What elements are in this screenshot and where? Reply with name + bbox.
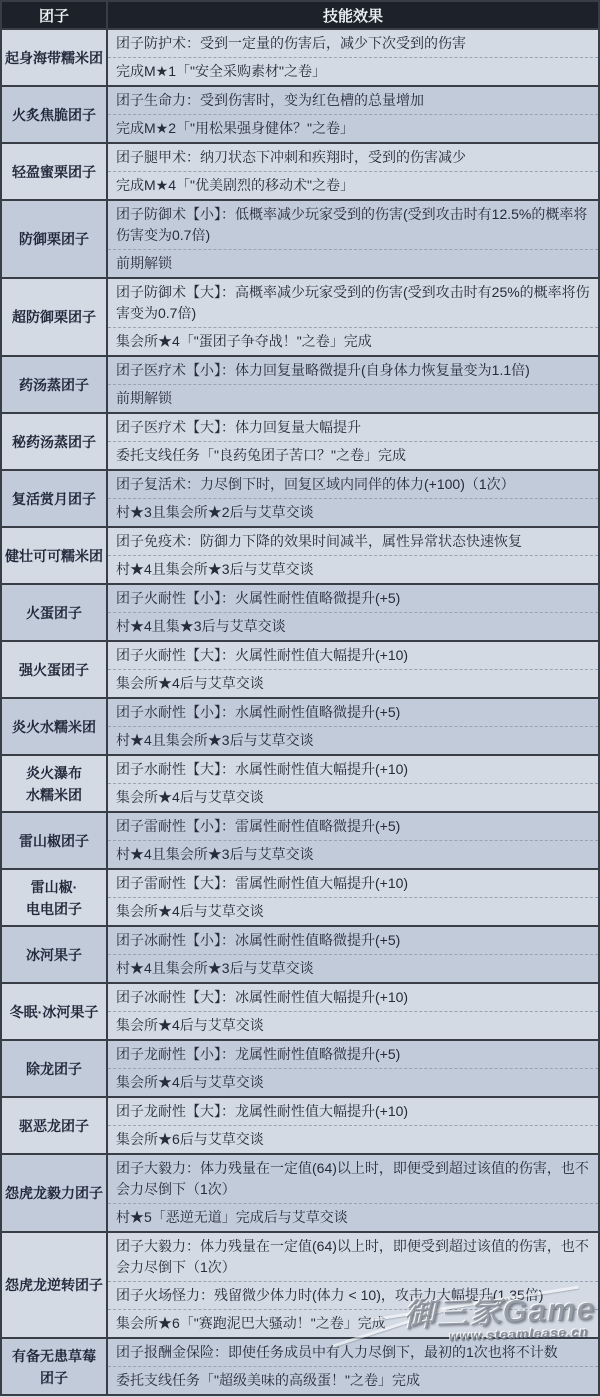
skill-effect-line: 团子免疫术：防御力下降的效果时间减半，属性异常状态快速恢复 — [108, 528, 598, 555]
dango-name: 炎火水糯米团 — [1, 698, 107, 755]
skill-effect-line: 完成M★2「"用松果强身健体？"之卷」 — [108, 114, 598, 142]
skill-effect-line: 完成M★1「"安全采购素材"之卷」 — [108, 57, 598, 85]
skill-effect-line: 团子医疗术【大】：体力回复量大幅提升 — [108, 414, 598, 441]
skill-effect-line: 团子大毅力：体力残量在一定值(64)以上时，即便受到超过该值的伤害，也不会力尽倒… — [108, 1233, 598, 1281]
skill-effect-line: 村★4且集会所★3后与艾草交谈 — [108, 840, 598, 868]
skill-effect-line: 集会所★4后与艾草交谈 — [108, 897, 598, 925]
skill-effect-line: 团子防御术【小】：低概率减少玩家受到的伤害(受到攻击时有12.5%的概率将伤害变… — [108, 201, 598, 249]
dango-name: 冬眠·冰河果子 — [1, 983, 107, 1040]
table-row: 有备无患草莓 团子团子报酬金保险：即使任务成员中有人力尽倒下，最初的1次也将不计… — [1, 1338, 599, 1395]
dango-name: 复活赏月团子 — [1, 470, 107, 527]
skill-effect-cell: 团子雷耐性【大】：雷属性耐性值大幅提升(+10)集会所★4后与艾草交谈 — [107, 869, 599, 926]
table-row: 火炙焦脆团子团子生命力：受到伤害时，变为红色槽的总量增加完成M★2「"用松果强身… — [1, 86, 599, 143]
skill-effect-cell: 团子医疗术【小】：体力回复量略微提升(自身体力恢复量变为1.1倍)前期解锁 — [107, 356, 599, 413]
header-row: 团子 技能效果 — [1, 1, 599, 29]
table-row: 轻盈蜜栗团子团子腿甲术：纳刀状态下冲刺和疾翔时，受到的伤害减少完成M★4「"优美… — [1, 143, 599, 200]
table-row: 药汤蒸团子团子医疗术【小】：体力回复量略微提升(自身体力恢复量变为1.1倍)前期… — [1, 356, 599, 413]
table-row: 冰河果子团子冰耐性【小】：冰属性耐性值略微提升(+5)村★4且集会所★3后与艾草… — [1, 926, 599, 983]
skill-effect-cell: 团子火耐性【小】：火属性耐性值略微提升(+5)村★4且集★3后与艾草交谈 — [107, 584, 599, 641]
skill-effect-cell: 团子防御术【小】：低概率减少玩家受到的伤害(受到攻击时有12.5%的概率将伤害变… — [107, 200, 599, 278]
table-row: 强火蛋团子团子火耐性【大】：火属性耐性值大幅提升(+10)集会所★4后与艾草交谈 — [1, 641, 599, 698]
skill-effect-line: 完成M★4「"优美剧烈的移动术"之卷」 — [108, 171, 598, 199]
skill-effect-cell: 团子大毅力：体力残量在一定值(64)以上时，即便受到超过该值的伤害，也不会力尽倒… — [107, 1154, 599, 1232]
skill-effect-line: 团子复活术：力尽倒下时，回复区域内同伴的体力(+100)（1次） — [108, 471, 598, 498]
skill-effect-cell: 团子防御术【大】：高概率减少玩家受到的伤害(受到攻击时有25%的概率将伤害变为0… — [107, 278, 599, 356]
dango-name: 除龙团子 — [1, 1040, 107, 1097]
dango-name: 雷山椒团子 — [1, 812, 107, 869]
skill-effect-cell: 团子水耐性【小】：水属性耐性值略微提升(+5)村★4且集会所★3后与艾草交谈 — [107, 698, 599, 755]
table-row: 驱恶龙团子团子龙耐性【大】：龙属性耐性值大幅提升(+10)集会所★6后与艾草交谈 — [1, 1097, 599, 1154]
skill-effect-line: 集会所★4后与艾草交谈 — [108, 783, 598, 811]
table-row: 火蛋团子团子火耐性【小】：火属性耐性值略微提升(+5)村★4且集★3后与艾草交谈 — [1, 584, 599, 641]
dango-name: 轻盈蜜栗团子 — [1, 143, 107, 200]
skill-effect-line: 团子雷耐性【大】：雷属性耐性值大幅提升(+10) — [108, 870, 598, 897]
skill-effect-line: 村★4且集会所★3后与艾草交谈 — [108, 726, 598, 754]
skill-effect-line: 团子火耐性【小】：火属性耐性值略微提升(+5) — [108, 585, 598, 612]
skill-effect-line: 团子雷耐性【小】：雷属性耐性值略微提升(+5) — [108, 813, 598, 840]
skill-effect-cell: 团子冰耐性【小】：冰属性耐性值略微提升(+5)村★4且集会所★3后与艾草交谈 — [107, 926, 599, 983]
table-row: 冬眠·冰河果子团子冰耐性【大】：冰属性耐性值大幅提升(+10)集会所★4后与艾草… — [1, 983, 599, 1040]
skill-effect-cell: 团子复活术：力尽倒下时，回复区域内同伴的体力(+100)（1次）村★3且集会所★… — [107, 470, 599, 527]
skill-effect-line: 团子水耐性【大】：水属性耐性值大幅提升(+10) — [108, 756, 598, 783]
skill-effect-line: 团子大毅力：体力残量在一定值(64)以上时，即便受到超过该值的伤害，也不会力尽倒… — [108, 1155, 598, 1203]
table-row: 怨虎龙逆转团子团子大毅力：体力残量在一定值(64)以上时，即便受到超过该值的伤害… — [1, 1232, 599, 1338]
table-row: 除龙团子团子龙耐性【小】：龙属性耐性值略微提升(+5)集会所★4后与艾草交谈 — [1, 1040, 599, 1097]
skill-effect-cell: 团子报酬金保险：即使任务成员中有人力尽倒下，最初的1次也将不计数委托支线任务「"… — [107, 1338, 599, 1395]
skill-effect-line: 村★4且集会所★3后与艾草交谈 — [108, 555, 598, 583]
dango-table-body: 起身海带糯米团团子防护术：受到一定量的伤害后，减少下次受到的伤害完成M★1「"安… — [1, 29, 599, 1395]
skill-effect-line: 集会所★4后与艾草交谈 — [108, 1011, 598, 1039]
dango-name: 雷山椒· 电电团子 — [1, 869, 107, 926]
skill-effect-line: 集会所★4后与艾草交谈 — [108, 669, 598, 697]
skill-effect-cell: 团子免疫术：防御力下降的效果时间减半，属性异常状态快速恢复村★4且集会所★3后与… — [107, 527, 599, 584]
skill-effect-cell: 团子雷耐性【小】：雷属性耐性值略微提升(+5)村★4且集会所★3后与艾草交谈 — [107, 812, 599, 869]
skill-effect-line: 团子冰耐性【大】：冰属性耐性值大幅提升(+10) — [108, 984, 598, 1011]
dango-name: 药汤蒸团子 — [1, 356, 107, 413]
dango-name: 火炙焦脆团子 — [1, 86, 107, 143]
skill-effect-cell: 团子水耐性【大】：水属性耐性值大幅提升(+10)集会所★4后与艾草交谈 — [107, 755, 599, 812]
skill-effect-cell: 团子龙耐性【大】：龙属性耐性值大幅提升(+10)集会所★6后与艾草交谈 — [107, 1097, 599, 1154]
table-row: 复活赏月团子团子复活术：力尽倒下时，回复区域内同伴的体力(+100)（1次）村★… — [1, 470, 599, 527]
table-header: 团子 技能效果 — [1, 1, 599, 29]
table-row: 超防御栗团子团子防御术【大】：高概率减少玩家受到的伤害(受到攻击时有25%的概率… — [1, 278, 599, 356]
table-row: 怨虎龙毅力团子团子大毅力：体力残量在一定值(64)以上时，即便受到超过该值的伤害… — [1, 1154, 599, 1232]
skill-effect-line: 团子冰耐性【小】：冰属性耐性值略微提升(+5) — [108, 927, 598, 954]
dango-name: 有备无患草莓 团子 — [1, 1338, 107, 1395]
skill-effect-line: 团子报酬金保险：即使任务成员中有人力尽倒下，最初的1次也将不计数 — [108, 1339, 598, 1366]
skill-effect-line: 团子腿甲术：纳刀状态下冲刺和疾翔时，受到的伤害减少 — [108, 144, 598, 171]
dango-skill-guide-page: 团子 技能效果 起身海带糯米团团子防护术：受到一定量的伤害后，减少下次受到的伤害… — [0, 0, 600, 1397]
skill-effect-line: 团子火耐性【大】：火属性耐性值大幅提升(+10) — [108, 642, 598, 669]
dango-name: 冰河果子 — [1, 926, 107, 983]
table-row: 雷山椒团子团子雷耐性【小】：雷属性耐性值略微提升(+5)村★4且集会所★3后与艾… — [1, 812, 599, 869]
skill-effect-cell: 团子防护术：受到一定量的伤害后，减少下次受到的伤害完成M★1「"安全采购素材"之… — [107, 29, 599, 86]
dango-name: 健壮可可糯米团 — [1, 527, 107, 584]
skill-effect-line: 团子医疗术【小】：体力回复量略微提升(自身体力恢复量变为1.1倍) — [108, 357, 598, 384]
table-row: 秘药汤蒸团子团子医疗术【大】：体力回复量大幅提升委托支线任务「"良药兔团子苦口？… — [1, 413, 599, 470]
dango-name: 怨虎龙毅力团子 — [1, 1154, 107, 1232]
dango-name: 防御栗团子 — [1, 200, 107, 278]
skill-effect-line: 集会所★4后与艾草交谈 — [108, 1068, 598, 1096]
skill-effect-line: 集会所★6「"赛跑泥巴大骚动！"之卷」完成 — [108, 1309, 598, 1337]
dango-name: 驱恶龙团子 — [1, 1097, 107, 1154]
skill-effect-line: 前期解锁 — [108, 384, 598, 412]
skill-effect-line: 团子龙耐性【大】：龙属性耐性值大幅提升(+10) — [108, 1098, 598, 1125]
skill-effect-line: 团子水耐性【小】：水属性耐性值略微提升(+5) — [108, 699, 598, 726]
skill-effect-cell: 团子龙耐性【小】：龙属性耐性值略微提升(+5)集会所★4后与艾草交谈 — [107, 1040, 599, 1097]
header-cell-effect: 技能效果 — [107, 1, 599, 29]
skill-effect-cell: 团子医疗术【大】：体力回复量大幅提升委托支线任务「"良药兔团子苦口？"之卷」完成 — [107, 413, 599, 470]
table-row: 炎火水糯米团团子水耐性【小】：水属性耐性值略微提升(+5)村★4且集会所★3后与… — [1, 698, 599, 755]
skill-effect-line: 委托支线任务「"良药兔团子苦口？"之卷」完成 — [108, 441, 598, 469]
skill-effect-line: 团子龙耐性【小】：龙属性耐性值略微提升(+5) — [108, 1041, 598, 1068]
skill-effect-line: 团子火场怪力：残留微少体力时(体力 < 10)，攻击力大幅提升(1.35倍) — [108, 1281, 598, 1309]
skill-effect-line: 集会所★6后与艾草交谈 — [108, 1125, 598, 1153]
skill-effect-line: 集会所★4「"蛋团子争夺战！"之卷」完成 — [108, 327, 598, 355]
table-row: 雷山椒· 电电团子团子雷耐性【大】：雷属性耐性值大幅提升(+10)集会所★4后与… — [1, 869, 599, 926]
skill-effect-line: 团子防御术【大】：高概率减少玩家受到的伤害(受到攻击时有25%的概率将伤害变为0… — [108, 279, 598, 327]
header-cell-dango: 团子 — [1, 1, 107, 29]
skill-effect-line: 村★3且集会所★2后与艾草交谈 — [108, 498, 598, 526]
skill-effect-cell: 团子火耐性【大】：火属性耐性值大幅提升(+10)集会所★4后与艾草交谈 — [107, 641, 599, 698]
dango-name: 炎火瀑布 水糯米团 — [1, 755, 107, 812]
skill-effect-line: 委托支线任务「"超级美味的高级蛋！"之卷」完成 — [108, 1366, 598, 1394]
skill-effect-line: 村★4且集★3后与艾草交谈 — [108, 612, 598, 640]
dango-name: 火蛋团子 — [1, 584, 107, 641]
dango-name: 超防御栗团子 — [1, 278, 107, 356]
skill-effect-cell: 团子生命力：受到伤害时，变为红色槽的总量增加完成M★2「"用松果强身健体？"之卷… — [107, 86, 599, 143]
skill-effect-line: 团子防护术：受到一定量的伤害后，减少下次受到的伤害 — [108, 30, 598, 57]
skill-effect-line: 前期解锁 — [108, 249, 598, 277]
table-row: 炎火瀑布 水糯米团团子水耐性【大】：水属性耐性值大幅提升(+10)集会所★4后与… — [1, 755, 599, 812]
table-row: 起身海带糯米团团子防护术：受到一定量的伤害后，减少下次受到的伤害完成M★1「"安… — [1, 29, 599, 86]
skill-effect-line: 团子生命力：受到伤害时，变为红色槽的总量增加 — [108, 87, 598, 114]
dango-name: 怨虎龙逆转团子 — [1, 1232, 107, 1338]
table-row: 健壮可可糯米团团子免疫术：防御力下降的效果时间减半，属性异常状态快速恢复村★4且… — [1, 527, 599, 584]
dango-name: 强火蛋团子 — [1, 641, 107, 698]
dango-name: 起身海带糯米团 — [1, 29, 107, 86]
skill-effect-cell: 团子冰耐性【大】：冰属性耐性值大幅提升(+10)集会所★4后与艾草交谈 — [107, 983, 599, 1040]
skill-effect-cell: 团子大毅力：体力残量在一定值(64)以上时，即便受到超过该值的伤害，也不会力尽倒… — [107, 1232, 599, 1338]
skill-effect-cell: 团子腿甲术：纳刀状态下冲刺和疾翔时，受到的伤害减少完成M★4「"优美剧烈的移动术… — [107, 143, 599, 200]
dango-name: 秘药汤蒸团子 — [1, 413, 107, 470]
skill-effect-line: 村★5「恶逆无道」完成后与艾草交谈 — [108, 1203, 598, 1231]
table-row: 防御栗团子团子防御术【小】：低概率减少玩家受到的伤害(受到攻击时有12.5%的概… — [1, 200, 599, 278]
skill-effect-line: 村★4且集会所★3后与艾草交谈 — [108, 954, 598, 982]
dango-skill-table: 团子 技能效果 起身海带糯米团团子防护术：受到一定量的伤害后，减少下次受到的伤害… — [0, 0, 600, 1396]
